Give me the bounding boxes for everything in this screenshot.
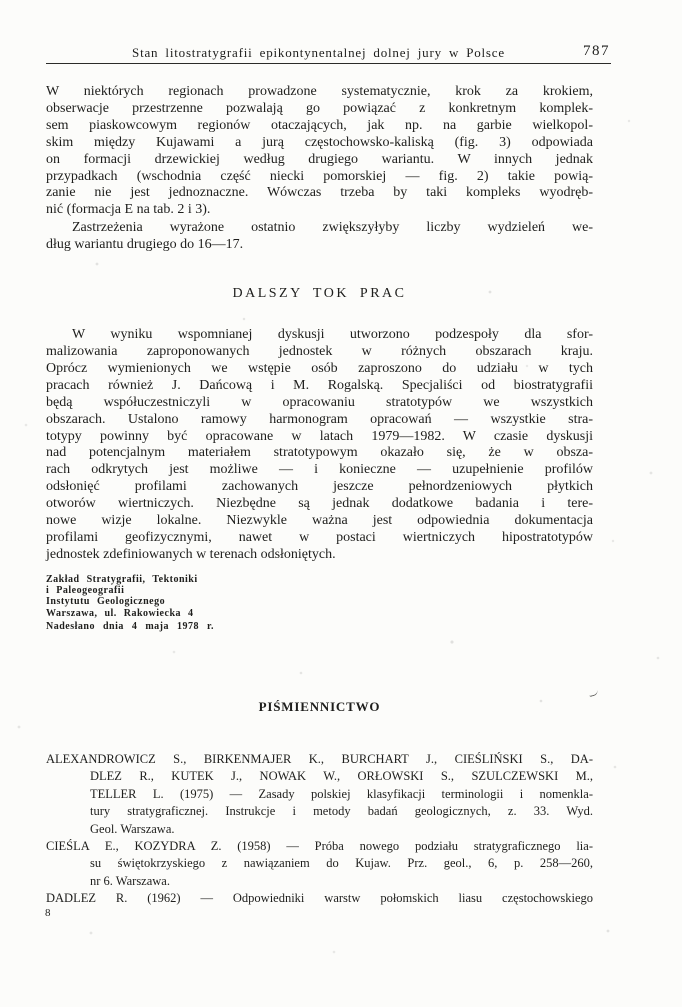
text-line: sem piaskowcowym regionów otaczających, … — [46, 118, 593, 135]
text-line: profilami geofizycznymi, nawet w postaci… — [46, 530, 593, 547]
text-line: Oprócz wymienionych we wstępie osób zapr… — [46, 361, 593, 378]
text-line: Zastrzeżenia wyrażone ostatnio zwiększył… — [46, 220, 593, 237]
affiliation-block: Zakład Stratygrafii, Tektonikii Paleogeo… — [46, 574, 593, 619]
text-line: totypy powinny być opracowane w latach 1… — [46, 429, 593, 446]
text-line: nr 6. Warszawa. — [46, 873, 593, 890]
text-line: malizowania zaproponowanych jednostek w … — [46, 344, 593, 361]
text-column: W niektórych regionach prowadzone system… — [46, 84, 593, 908]
running-header: Stan litostratygrafii epikontynentalnej … — [46, 47, 611, 63]
text-line: rach odkrytych jest możliwe — i konieczn… — [46, 462, 593, 479]
page-number: 787 — [583, 43, 610, 60]
text-line: Zakład Stratygrafii, Tektoniki — [46, 574, 593, 585]
text-line: będą współuczestniczyli w opracowaniu st… — [46, 395, 593, 412]
text-line: DLEZ R., KUTEK J., NOWAK W., ORŁOWSKI S.… — [46, 768, 593, 785]
scan-artifact-mark — [589, 690, 599, 697]
text-line: CIEŚLA E., KOZYDRA Z. (1958) — Próba now… — [46, 838, 593, 855]
text-line: Warszawa, ul. Rakowiecka 4 — [46, 608, 593, 619]
text-line: nowe wizje lokalne. Niezwykle ważna jest… — [46, 513, 593, 530]
reference-entry: DADLEZ R. (1962) — Odpowiedniki warstw p… — [46, 890, 593, 907]
text-line: su świętokrzyskiego z nawiązaniem do Kuj… — [46, 855, 593, 872]
text-line: nad potencjalnym materiałem stratotypowy… — [46, 445, 593, 462]
text-line: ALEXANDROWICZ S., BIRKENMAJER K., BURCHA… — [46, 751, 593, 768]
text-line: on formacji drzewickiej według drugiego … — [46, 152, 593, 169]
text-line: otworów wiertniczych. Niezbędne są jedna… — [46, 496, 593, 513]
paragraph-1: W niektórych regionach prowadzone system… — [46, 84, 593, 219]
header-rule — [46, 63, 611, 64]
text-line: obszarach. Ustalono ramowy harmonogram o… — [46, 412, 593, 429]
text-line: W niektórych regionach prowadzone system… — [46, 84, 593, 101]
scanned-paper-page: Stan litostratygrafii epikontynentalnej … — [0, 0, 682, 1007]
signature-mark: 8 — [45, 907, 51, 919]
running-title: Stan litostratygrafii epikontynentalnej … — [86, 45, 551, 61]
reference-entry: CIEŚLA E., KOZYDRA Z. (1958) — Próba now… — [46, 838, 593, 890]
text-line: dług wariantu drugiego do 16—17. — [46, 237, 593, 254]
text-line: obserwacje przestrzenne pozwalają go pow… — [46, 101, 593, 118]
text-line: pracach również J. Dańcową i M. Rogalską… — [46, 378, 593, 395]
text-line: W wyniku wspomnianej dyskusji utworzono … — [46, 327, 593, 344]
bibliography-heading: PIŚMIENNICTWO — [46, 699, 593, 715]
text-line: jednostek zdefiniowanych w terenach odsł… — [46, 547, 593, 564]
text-line: skim między Kujawami a jurą częstochowsk… — [46, 135, 593, 152]
text-line: przypadkach (wschodnia część niecki pomo… — [46, 169, 593, 186]
text-line: tury stratygraficznej. Instrukcje i meto… — [46, 803, 593, 820]
reference-list: ALEXANDROWICZ S., BIRKENMAJER K., BURCHA… — [46, 751, 593, 908]
text-line: Instytutu Geologicznego — [46, 596, 593, 607]
paper-speckles — [0, 0, 2, 2]
text-line: Geol. Warszawa. — [46, 821, 593, 838]
text-line: i Paleogeografii — [46, 585, 593, 596]
text-line: odsłonięć profilami zachowanych jeszcze … — [46, 479, 593, 496]
section-heading: DALSZY TOK PRAC — [46, 284, 593, 304]
reference-entry: ALEXANDROWICZ S., BIRKENMAJER K., BURCHA… — [46, 751, 593, 838]
text-line: nić (formacja E na tab. 2 i 3). — [46, 202, 593, 219]
paragraph-2: Zastrzeżenia wyrażone ostatnio zwiększył… — [46, 220, 593, 254]
text-line: TELLER L. (1975) — Zasady polskiej klasy… — [46, 786, 593, 803]
text-line: zanie nie jest jednoznaczne. Wówczas trz… — [46, 185, 593, 202]
paragraph-3: W wyniku wspomnianej dyskusji utworzono … — [46, 327, 593, 564]
received-note: Nadesłano dnia 4 maja 1978 r. — [46, 621, 593, 633]
text-line: DADLEZ R. (1962) — Odpowiedniki warstw p… — [46, 890, 593, 907]
